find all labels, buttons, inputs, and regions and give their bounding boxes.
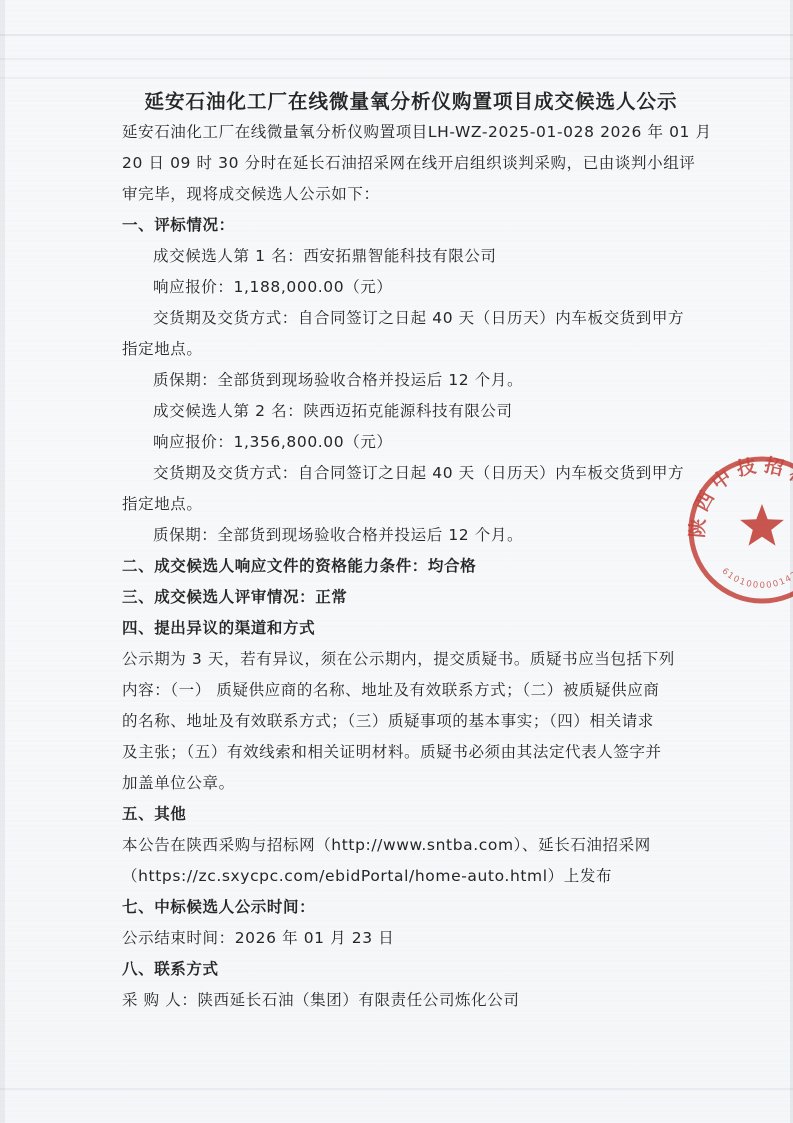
document-line: 采 购 人：陕西延长石油（集团）有限责任公司炼化公司 [122, 985, 700, 1016]
document-line: （https://zc.sxycpc.com/ebidPortal/home-a… [122, 861, 700, 892]
document-line: 公示期为 3 天，若有异议，须在公示期内，提交质疑书。质疑书应当包括下列 [122, 644, 700, 675]
document-line: 响应报价：1,188,000.00（元） [122, 272, 700, 303]
document-line: 质保期：全部货到现场验收合格并投运后 12 个月。 [122, 520, 700, 551]
document-line: 交货期及交货方式：自合同签订之日起 40 天（日历天）内车板交货到甲方 [122, 303, 700, 334]
document-line: 指定地点。 [122, 489, 700, 520]
document-line: 成交候选人第 1 名：西安拓鼎智能科技有限公司 [122, 241, 700, 272]
document-body: 延安石油化工厂在线微量氧分析仪购置项目LH-WZ-2025-01-028 202… [122, 117, 700, 1016]
document-line: 七、中标候选人公示时间： [122, 892, 700, 923]
document-title: 延安石油化工厂在线微量氧分析仪购置项目成交候选人公示 [122, 86, 700, 117]
document-line: 20 日 09 时 30 分时在延长石油招采网在线开启组织谈判采购，已由谈判小组… [122, 148, 700, 179]
scan-streak [0, 34, 793, 36]
document-line: 质保期：全部货到现场验收合格并投运后 12 个月。 [122, 365, 700, 396]
stamp-company-name: 陕西中技招标 [687, 455, 793, 539]
document-line: 交货期及交货方式：自合同签订之日起 40 天（日历天）内车板交货到甲方 [122, 458, 700, 489]
document-line: 四、提出异议的渠道和方式 [122, 613, 700, 644]
document-content: 延安石油化工厂在线微量氧分析仪购置项目成交候选人公示 延安石油化工厂在线微量氧分… [122, 86, 700, 1016]
star-icon [740, 504, 784, 546]
document-line: 二、成交候选人响应文件的资格能力条件：均合格 [122, 551, 700, 582]
document-line: 及主张；（五）有效线索和相关证明材料。质疑书必须由其法定代表人签字并 [122, 737, 700, 768]
stamp-border-circle [691, 459, 793, 601]
scan-streak [0, 77, 793, 79]
document-line: 八、联系方式 [122, 954, 700, 985]
document-line: 审完毕，现将成交候选人公示如下： [122, 179, 700, 210]
document-line: 加盖单位公章。 [122, 768, 700, 799]
document-line: 延安石油化工厂在线微量氧分析仪购置项目LH-WZ-2025-01-028 202… [122, 117, 700, 148]
scan-streak [0, 1088, 793, 1090]
svg-text:陕西中技招标: 陕西中技招标 [687, 455, 793, 539]
document-line: 一、评标情况： [122, 210, 700, 241]
document-line: 指定地点。 [122, 334, 700, 365]
svg-text:6101000001422: 6101000001422 [720, 565, 793, 591]
document-line: 响应报价：1,356,800.00（元） [122, 427, 700, 458]
document-line: 成交候选人第 2 名：陕西迈拓克能源科技有限公司 [122, 396, 700, 427]
scan-streak [0, 58, 793, 60]
document-line: 三、成交候选人评审情况：正常 [122, 582, 700, 613]
document-line: 五、其他 [122, 799, 700, 830]
document-line: 公示结束时间：2026 年 01 月 23 日 [122, 923, 700, 954]
document-line: 内容：（一） 质疑供应商的名称、地址及有效联系方式；（二）被质疑供应商 [122, 675, 700, 706]
scanned-document-page: 延安石油化工厂在线微量氧分析仪购置项目成交候选人公示 延安石油化工厂在线微量氧分… [0, 0, 793, 1123]
stamp-serial-number: 6101000001422 [720, 565, 793, 591]
document-line: 的名称、地址及有效联系方式；（三）质疑事项的基本事实；（四）相关请求 [122, 706, 700, 737]
official-seal-stamp: 陕西中技招标 6101000001422 [687, 455, 793, 605]
document-line: 本公告在陕西采购与招标网（http://www.sntba.com）、延长石油招… [122, 830, 700, 861]
scan-edge-artifact [0, 0, 5, 1123]
